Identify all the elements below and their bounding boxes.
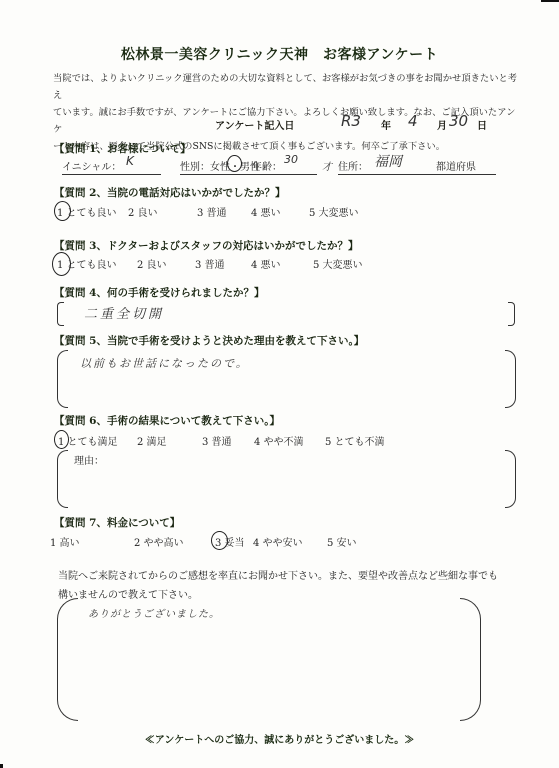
initial-field[interactable]: イニシャル： K bbox=[62, 158, 161, 175]
q6-selected-circle bbox=[54, 430, 69, 449]
q3-selected-circle bbox=[52, 252, 71, 276]
q6-option-2[interactable]: 2 満足 bbox=[137, 433, 167, 448]
q6-option-5[interactable]: 5 とても不満 bbox=[325, 433, 385, 448]
q6-option-3[interactable]: 3 普通 bbox=[202, 433, 232, 448]
year-label: 年 bbox=[381, 117, 391, 132]
q4-answer-bracket-left bbox=[57, 302, 64, 326]
q3-options: 1 とても良い 2 良い 3 普通 4 悪い 5 大変悪い bbox=[54, 256, 454, 272]
date-label: アンケート記入日 bbox=[215, 121, 294, 132]
q7-heading: 【質問 7、料金について】 bbox=[54, 515, 180, 530]
q3-heading: 【質問 3、ドクターおよびスタッフの対応はいかがでしたか？】 bbox=[54, 238, 359, 253]
q2-options: 1 とても良い 2 良い 3 普通 4 悪い 5 大変悪い bbox=[54, 204, 454, 220]
age-label: 年齢： bbox=[252, 162, 282, 173]
q2-selected-circle bbox=[54, 201, 71, 221]
q6-heading: 【質問 6、手術の結果について教えて下さい。】 bbox=[54, 413, 280, 428]
address-value: 福岡 bbox=[374, 151, 402, 171]
age-value: 30 bbox=[284, 153, 298, 166]
q3-option-2[interactable]: 2 良い bbox=[137, 256, 167, 271]
comments-prompt: 当院へご来院されてからのご感想を率直にお聞かせ下さい。また、要望や改善点など些細… bbox=[58, 567, 498, 605]
q4-answer-bracket-right bbox=[508, 302, 515, 326]
q5-answer-bracket-left bbox=[57, 350, 68, 408]
q4-heading: 【質問 4、何の手術を受けられましたか？】 bbox=[54, 285, 264, 300]
q7-selected-circle bbox=[211, 531, 228, 550]
q7-options: 1 高い 2 やや高い 3 妥当 4 やや安い 5 安い bbox=[50, 534, 450, 550]
q7-option-5[interactable]: 5 安い bbox=[327, 534, 357, 549]
gender-field[interactable]: 性別：女性・男性 bbox=[180, 158, 260, 175]
q3-option-3[interactable]: 3 普通 bbox=[195, 256, 225, 271]
initial-value: K bbox=[126, 154, 134, 168]
age-unit: 才 bbox=[322, 158, 332, 173]
q2-option-3[interactable]: 3 普通 bbox=[197, 204, 227, 219]
q4-answer[interactable]: 二重全切開 bbox=[84, 303, 164, 322]
day-label: 日 bbox=[477, 117, 487, 132]
scan-artifact-top-right bbox=[541, 0, 559, 2]
address-field[interactable]: 住所： 福岡 都道府県 bbox=[338, 158, 496, 175]
q7-option-1[interactable]: 1 高い bbox=[50, 534, 80, 549]
survey-title: 松林景一美容クリニック天神 お客様アンケート bbox=[0, 44, 559, 64]
q1-heading: 【質問 1、お客様について】 bbox=[54, 141, 191, 156]
comments-answer[interactable]: ありがとうございました。 bbox=[88, 605, 220, 620]
month-label: 月 bbox=[437, 117, 447, 132]
initial-label: イニシャル： bbox=[62, 162, 121, 173]
date-month[interactable]: 4 bbox=[408, 112, 418, 130]
q7-option-2[interactable]: 2 やや高い bbox=[134, 534, 184, 549]
q6-reason-bracket-left bbox=[57, 450, 68, 508]
q7-option-4[interactable]: 4 やや安い bbox=[253, 534, 303, 549]
q2-option-2[interactable]: 2 良い bbox=[128, 204, 158, 219]
comments-bracket-right bbox=[460, 598, 481, 721]
comments-prompt-line: 構いませんので教えて下さい。 bbox=[58, 586, 498, 605]
gender-selected-circle bbox=[227, 155, 242, 172]
q3-option-4[interactable]: 4 悪い bbox=[251, 256, 281, 271]
address-unit: 都道府県 bbox=[436, 158, 476, 173]
comments-prompt-line: 当院へご来院されてからのご感想を率直にお聞かせ下さい。また、要望や改善点など些細… bbox=[58, 567, 498, 586]
date-day[interactable]: 30 bbox=[449, 112, 468, 130]
age-field[interactable]: 年齢： 30 bbox=[252, 158, 317, 175]
q2-option-4[interactable]: 4 悪い bbox=[251, 204, 281, 219]
comments-bracket-left bbox=[57, 598, 78, 721]
footer-thanks: ≪アンケートへのご協力、誠にありがとうございました。≫ bbox=[0, 731, 559, 746]
q6-reason-field[interactable] bbox=[105, 452, 495, 502]
q6-reason-label: 理由： bbox=[74, 452, 104, 467]
intro-line: 当院では、よりよいクリニック運営のための大切な資料として、お客様がお気づきの事を… bbox=[53, 70, 523, 104]
q2-heading: 【質問 2、当院の電話対応はいかがでしたか？】 bbox=[54, 185, 285, 200]
q5-answer[interactable]: 以前もお世話になったので。 bbox=[80, 355, 249, 371]
survey-date: アンケート記入日 R3 年 4 月 30 日 bbox=[215, 117, 515, 132]
q2-option-5[interactable]: 5 大変悪い bbox=[309, 204, 359, 219]
q5-answer-bracket-right bbox=[505, 350, 516, 408]
q6-reason-bracket-right bbox=[505, 450, 516, 508]
q6-option-4[interactable]: 4 やや不満 bbox=[254, 433, 304, 448]
gender-label: 性別： bbox=[180, 162, 210, 173]
date-era-year[interactable]: R3 bbox=[341, 112, 361, 130]
scan-artifact-bottom-left bbox=[0, 764, 3, 768]
q6-options: 1 とても満足 2 満足 3 普通 4 やや不満 5 とても不満 bbox=[54, 433, 454, 449]
address-label: 住所： bbox=[338, 162, 368, 173]
q3-option-5[interactable]: 5 大変悪い bbox=[313, 256, 363, 271]
q5-heading: 【質問 5、当院で手術を受けようと決めた理由を教えて下さい。】 bbox=[54, 333, 364, 348]
q1-fields: イニシャル： K 性別：女性・男性 年齢： 30 才 住所： 福岡 都道府県 bbox=[62, 158, 502, 176]
